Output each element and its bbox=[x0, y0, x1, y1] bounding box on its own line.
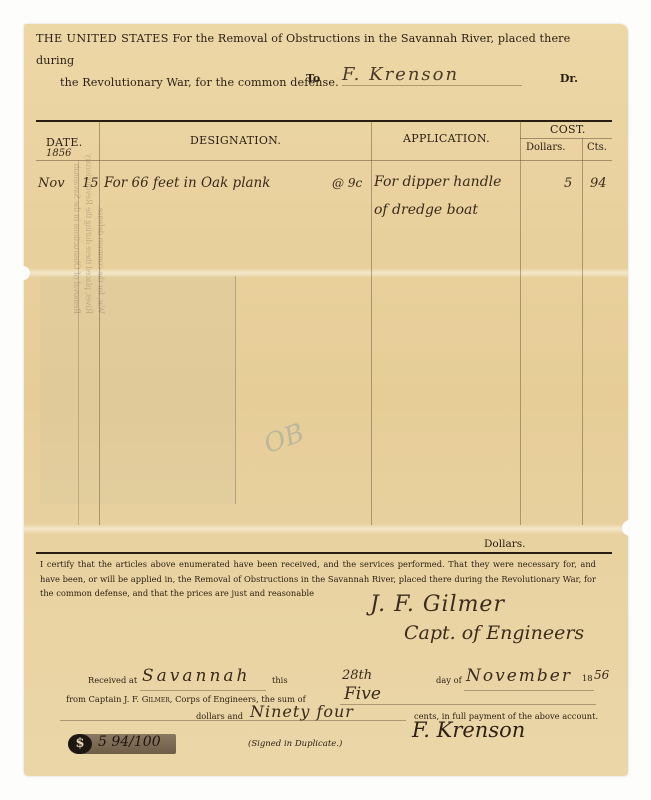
payee-signature: F. Krenson bbox=[412, 718, 525, 742]
fold-crease-lower bbox=[24, 524, 628, 534]
table-top-rule bbox=[36, 120, 612, 122]
month-fill-line bbox=[464, 690, 594, 691]
to-label: To bbox=[306, 72, 320, 85]
row-application-line1: For dipper handle bbox=[374, 174, 501, 190]
row-cents: 94 bbox=[590, 176, 607, 191]
col-header-application: APPLICATION. bbox=[403, 132, 490, 145]
payee-line: To F. Krenson Dr. bbox=[306, 70, 578, 88]
from-text-name: Gilmer bbox=[142, 694, 170, 704]
col-divider-application bbox=[520, 121, 521, 525]
cents-handwritten: Ninety four bbox=[250, 702, 354, 721]
row-rate: @ 9c bbox=[332, 176, 362, 190]
row-day: 15 bbox=[82, 176, 99, 191]
row-application-line2: of dredge boat bbox=[374, 202, 478, 218]
payee-handwritten: F. Krenson bbox=[342, 64, 522, 86]
year-prefix: 18 bbox=[582, 673, 593, 683]
col-divider-dollars bbox=[582, 138, 583, 525]
col-header-cost: COST. bbox=[550, 123, 586, 136]
row-dollars: 5 bbox=[564, 176, 572, 191]
dollars-fill-line bbox=[340, 704, 596, 705]
amount-value: 5 94/100 bbox=[98, 734, 161, 750]
this-label: this bbox=[272, 675, 288, 685]
year-suffix-handwritten: 56 bbox=[594, 668, 609, 682]
amount-box: $ 5 94/100 bbox=[68, 734, 176, 754]
col-header-cents: Cts. bbox=[587, 142, 607, 153]
month-handwritten: November bbox=[466, 666, 572, 686]
col-header-dollars: Dollars. bbox=[526, 142, 566, 153]
bleed-through-panel bbox=[40, 276, 236, 504]
received-at-label: Received at bbox=[88, 675, 137, 685]
day-handwritten: 28th bbox=[342, 668, 372, 683]
dollar-sign-icon: $ bbox=[68, 734, 92, 754]
paper-tear-right bbox=[622, 520, 634, 536]
year-handwritten: 1856 bbox=[46, 148, 71, 159]
bleed-through-text: War, for the common defense. bbox=[96, 206, 106, 314]
dollars-handwritten: Five bbox=[344, 684, 381, 704]
cents-fill-line bbox=[60, 720, 406, 721]
col-divider-date bbox=[99, 121, 100, 525]
place-fill-line bbox=[140, 690, 266, 691]
heading-caps: THE UNITED STATES bbox=[36, 32, 169, 45]
debtor-label: Dr. bbox=[560, 72, 578, 85]
total-dollars-label: Dollars. bbox=[484, 538, 525, 550]
from-text-pre: from Captain J. F. bbox=[66, 694, 142, 704]
col-divider-designation bbox=[371, 121, 372, 525]
table-header-rule bbox=[36, 160, 612, 161]
signed-in-duplicate: (Signed in Duplicate.) bbox=[248, 739, 342, 749]
day-of-label: day of bbox=[436, 675, 462, 685]
col-divider-day bbox=[78, 161, 79, 525]
row-month: Nov bbox=[38, 176, 65, 191]
table-bottom-rule bbox=[36, 552, 612, 554]
bleed-through-text: Removal of Obstructions in the Savannah bbox=[72, 164, 82, 314]
voucher-paper: Removal of Obstructions in the Savannah … bbox=[24, 24, 628, 776]
certification-text: I certify that the articles above enumer… bbox=[40, 557, 596, 601]
pencil-mark: OB bbox=[260, 418, 308, 460]
col-header-designation: DESIGNATION. bbox=[190, 134, 281, 147]
row-designation: For 66 feet in Oak plank bbox=[104, 175, 270, 191]
certifier-title: Capt. of Engineers bbox=[404, 622, 584, 644]
cost-subheader-rule bbox=[520, 138, 612, 139]
place-handwritten: Savannah bbox=[142, 666, 251, 686]
certifier-signature: J. F. Gilmer bbox=[370, 592, 505, 617]
